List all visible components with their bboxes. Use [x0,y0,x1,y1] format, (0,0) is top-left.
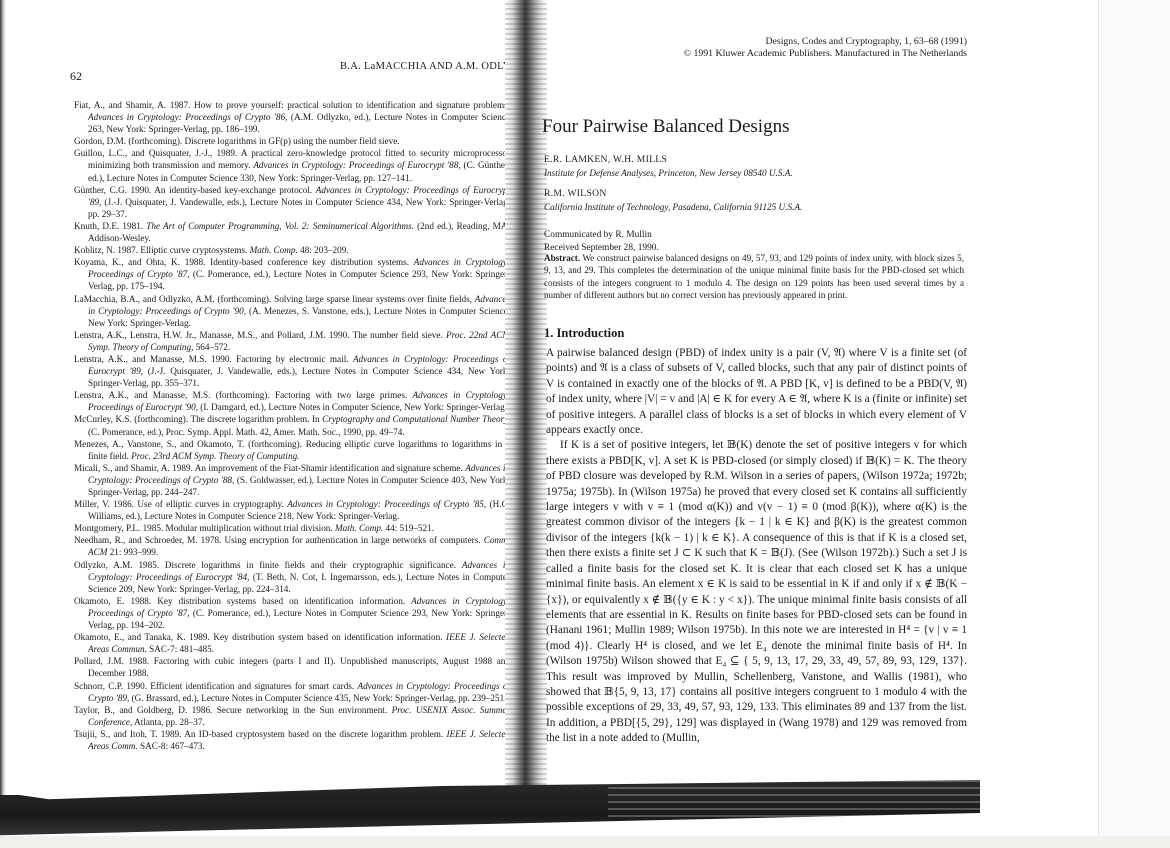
reference-details: 21: 993–999. [107,547,158,557]
reference-text: Needham, R., and Schroeder, M. 1978. Usi… [74,535,484,545]
reference-text: Pollard, J.M. 1988. Factoring with cubic… [74,656,510,678]
reference-entry: Montgomery, P.L. 1985. Modular multiplic… [74,522,510,534]
left-page-edge-shadow [0,0,6,800]
reference-text: McCurley, K.S. (forthcoming). The discre… [74,414,322,424]
reference-text: LaMacchia, B.A., and Odlyzko, A.M. (fort… [74,294,475,304]
paragraph: If K is a set of positive integers, let … [546,438,967,746]
reference-text: Schnorr, C.P. 1990. Efficient identifica… [74,681,357,691]
abstract-label: Abstract. [544,253,580,263]
reference-text: Tsujii, S., and Itoh, T. 1989. An ID-bas… [74,729,447,739]
reference-entry: Miller, V. 1986. Use of elliptic curves … [74,498,510,522]
book-gutter-shadow [505,0,547,790]
reference-text: Montgomery, P.L. 1985. Modular multiplic… [74,523,335,533]
reference-source: Advances in Cryptology: Proceedings of C… [88,112,287,122]
reference-text: Knuth, D.E. 1981. [74,221,146,231]
reference-details: SAC-7: 481–485. [147,644,214,654]
reference-text: Lenstra, A.K., and Manasse, M.S. 1990. F… [74,354,353,364]
reference-entry: Menezes, A., Vanstone, S., and Okamoto, … [74,438,510,462]
reference-entry: Okamoto, E., and Tanaka, K. 1989. Key di… [74,631,510,655]
reference-source: The Art of Computer Programming, Vol. 2:… [146,221,414,231]
reference-source: Advances in Cryptology: Proceedings of E… [253,160,460,170]
reference-text: Micali, S., and Shamir, A. 1989. An impr… [74,463,465,473]
reference-text: Koblitz, N. 1987. Elliptic curve cryptos… [74,245,250,255]
reference-entry: McCurley, K.S. (forthcoming). The discre… [74,413,510,437]
reference-entry: Pollard, J.M. 1988. Factoring with cubic… [74,655,510,679]
reference-text: Lenstra, A.K., Lenstra, H.W. Jr., Manass… [74,330,446,340]
reference-details: 48: 203–209. [298,245,349,255]
reference-details: (J.-J. Quisquater, J. Vandewalle, eds.),… [88,366,510,388]
right-page-margin [1098,0,1170,848]
communicated-by: Communicated by R. Mullin [544,229,659,242]
reference-details: Atlanta, pp. 28–37. [132,717,204,727]
reference-entry: Okamoto, E. 1988. Key distribution syste… [74,595,510,631]
book-bottom-edge-shadow [0,780,980,840]
reference-source: Advances in Cryptology: Proceedings of C… [287,499,486,509]
reference-entry: Taylor, B., and Goldberg, D. 1986. Secur… [74,704,510,728]
scanner-bottom-strip [0,836,1170,848]
reference-entry: Gordon, D.M. (forthcoming). Discrete log… [74,135,510,147]
author-block-2: R.M. WILSON California Institute of Tech… [544,188,802,213]
reference-entry: Koblitz, N. 1987. Elliptic curve cryptos… [74,244,510,256]
introduction-body: A pairwise balanced design (PBD) of inde… [546,346,967,747]
reference-details: (C. Pomerance, ed.), Proc. Symp. Appl. M… [88,427,405,437]
journal-info: Designs, Codes and Cryptography, 1, 63–6… [684,36,967,60]
reference-entry: Tsujii, S., and Itoh, T. 1989. An ID-bas… [74,728,510,752]
abstract-text: We construct pairwise balanced designs o… [544,253,964,300]
abstract: Abstract. We construct pairwise balanced… [544,252,964,302]
reference-entry: Günther, C.G. 1990. An identity-based ke… [74,184,510,220]
journal-citation: Designs, Codes and Cryptography, 1, 63–6… [684,36,967,48]
reference-text: Gordon, D.M. (forthcoming). Discrete log… [74,136,400,146]
reference-entry: LaMacchia, B.A., and Odlyzko, A.M. (fort… [74,293,510,329]
reference-text: Lenstra, A.K., and Manasse, M.S. (forthc… [74,390,413,400]
reference-entry: Needham, R., and Schroeder, M. 1978. Usi… [74,534,510,558]
section-heading: 1. Introduction [544,326,624,341]
reference-details: SAC-8: 467–473. [138,741,205,751]
reference-entry: Schnorr, C.P. 1990. Efficient identifica… [74,680,510,704]
reference-entry: Micali, S., and Shamir, A. 1989. An impr… [74,462,510,498]
reference-source: Math. Comp. [250,245,298,255]
reference-entry: Knuth, D.E. 1981. The Art of Computer Pr… [74,220,510,244]
reference-details: (G. Brassard, ed.), Lecture Notes in Com… [129,693,506,703]
reference-text: Okamoto, E., and Tanaka, K. 1989. Key di… [74,632,446,642]
page-number: 62 [70,69,82,84]
reference-text: Miller, V. 1986. Use of elliptic curves … [74,499,287,509]
reference-list: Fiat, A., and Shamir, A. 1987. How to pr… [74,99,510,752]
reference-text: Günther, C.G. 1990. An identity-based ke… [74,185,316,195]
reference-entry: Koyama, K., and Ohta, K. 1988. Identity-… [74,256,510,292]
author-names: R.M. WILSON [544,188,802,201]
reference-details: 44: 519–521. [383,523,434,533]
scanned-page-spread: 62 B.A. LaMACCHIA AND A.M. ODLYZKO Fiat,… [0,0,1170,848]
reference-source: Cryptography and Computational Number Th… [322,414,510,424]
copyright-line: © 1991 Kluwer Academic Publishers. Manuf… [684,48,967,60]
reference-entry: Guillou, L.C., and Quisquater, J.-J., 19… [74,147,510,183]
reference-source: Proc. 23rd ACM Symp. Theory of Computing… [131,451,299,461]
reference-details: (I. Damgard, ed.), Lecture Notes in Comp… [198,402,507,412]
reference-entry: Odlyzko, A.M. 1985. Discrete logarithms … [74,559,510,595]
reference-details: 564–572. [193,342,230,352]
paragraph: A pairwise balanced design (PBD) of inde… [546,346,967,438]
reference-text: Odlyzko, A.M. 1985. Discrete logarithms … [74,560,462,570]
reference-details: (J.-J. Quisquater, J. Vandewalle, eds.),… [88,197,510,219]
author-block-1: E.R. LAMKEN, W.H. MILLS Institute for De… [544,154,793,179]
reference-entry: Lenstra, A.K., Lenstra, H.W. Jr., Manass… [74,329,510,353]
reference-entry: Fiat, A., and Shamir, A. 1987. How to pr… [74,99,510,135]
reference-entry: Lenstra, A.K., and Manasse, M.S. (forthc… [74,389,510,413]
author-affiliation: Institute for Defense Analyses, Princeto… [544,167,793,180]
author-affiliation: California Institute of Technology, Pasa… [544,201,802,214]
reference-text: Taylor, B., and Goldberg, D. 1986. Secur… [74,705,392,715]
author-names: E.R. LAMKEN, W.H. MILLS [544,154,793,167]
reference-source: Math. Comp. [335,523,383,533]
reference-entry: Lenstra, A.K., and Manasse, M.S. 1990. F… [74,353,510,389]
reference-text: Koyama, K., and Ohta, K. 1988. Identity-… [74,257,414,267]
reference-text: Fiat, A., and Shamir, A. 1987. How to pr… [74,100,510,110]
paper-title: Four Pairwise Balanced Designs [542,116,789,138]
reference-text: Okamoto, E. 1988. Key distribution syste… [74,596,411,606]
